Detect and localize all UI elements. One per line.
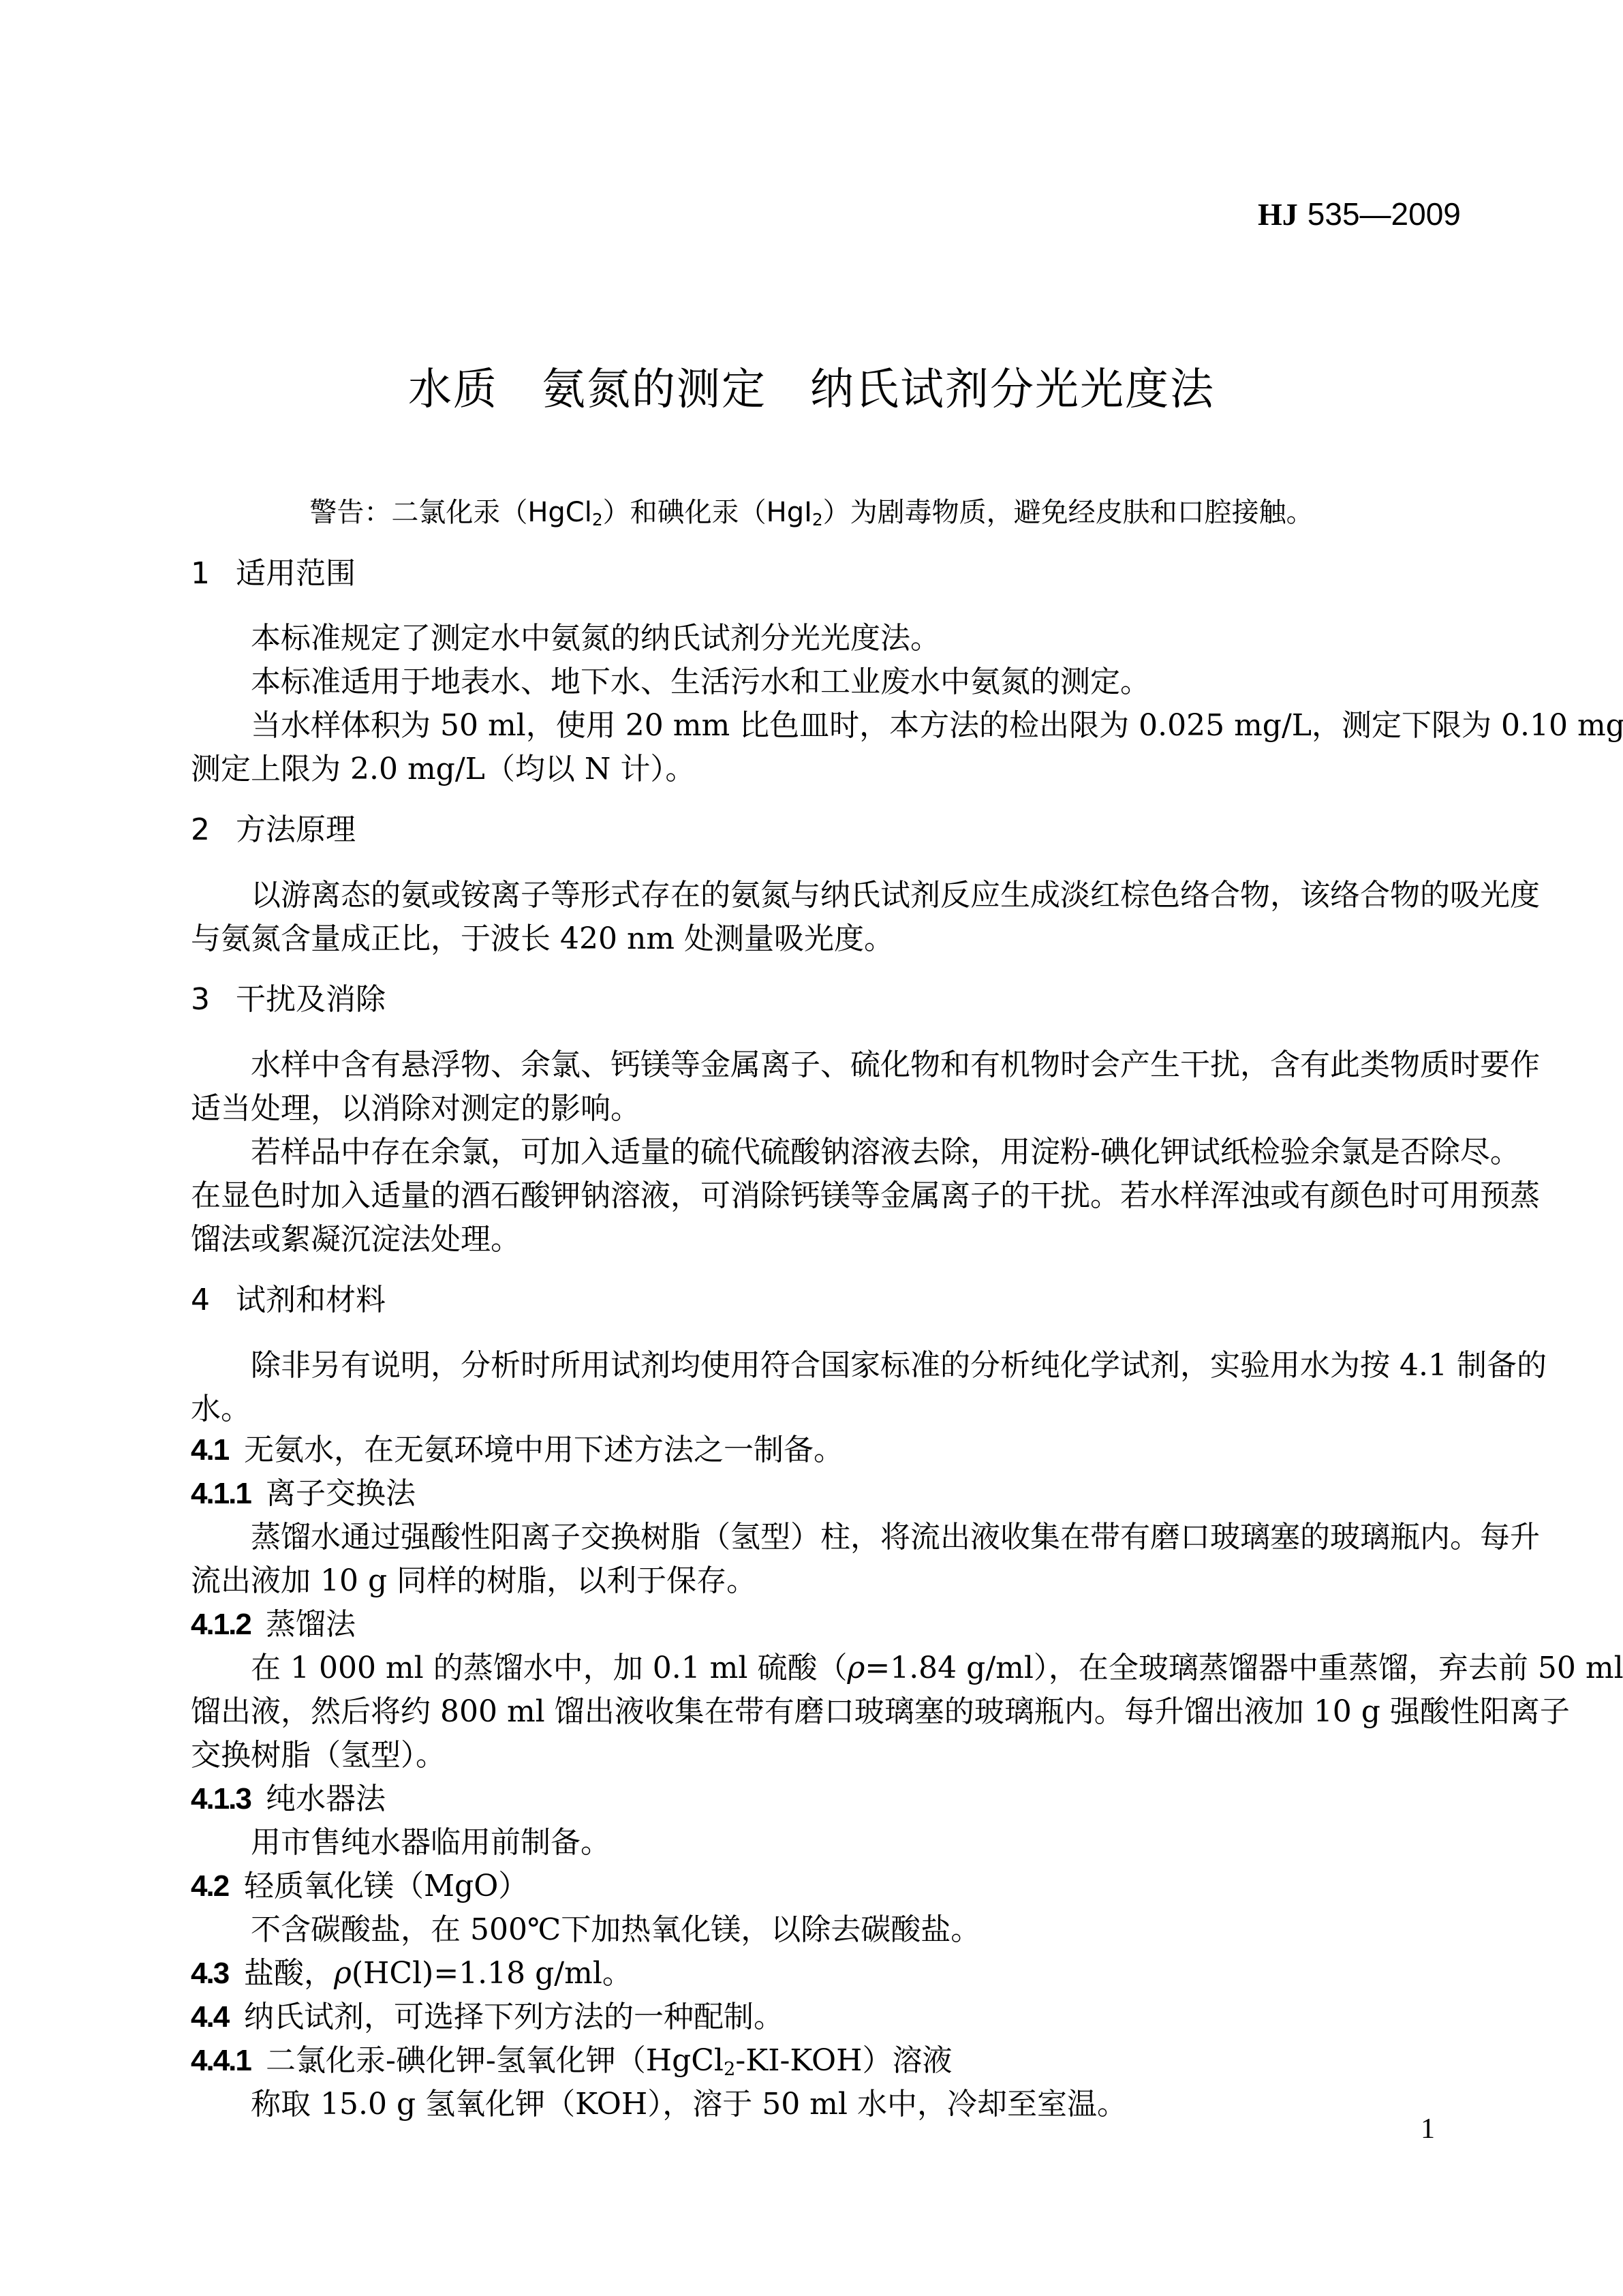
text-run: =1.84 g/ml），在全玻璃蒸馏器中重蒸馏，弃去前 50 ml	[865, 1651, 1623, 1685]
section-heading-2: 2方法原理	[191, 815, 356, 845]
section-title: 适用范围	[236, 556, 356, 591]
paragraph-line: 除非另有说明，分析时所用试剂均使用符合国家标准的分析纯化学试剂，实验用水为按 4…	[251, 1351, 1455, 1381]
paragraph-line: 交换树脂（氢型）。	[191, 1741, 446, 1771]
paragraph-line: 本标准适用于地表水、地下水、生活污水和工业废水中氨氮的测定。	[251, 667, 1150, 697]
subsection-number: 4.2	[191, 1871, 244, 1901]
section-number: 2	[191, 815, 236, 845]
title-part-2: 氨氮的测定	[542, 365, 767, 415]
paragraph-line: 馏出液，然后将约 800 ml 馏出液收集在带有磨口玻璃塞的玻璃瓶内。每升馏出液…	[191, 1697, 1455, 1727]
standard-number: 535—2009	[1308, 196, 1461, 232]
title-part-3: 纳氏试剂分光光度法	[810, 365, 1215, 415]
subsection-number: 4.3	[191, 1959, 244, 1989]
title-part-1: 水质	[408, 365, 498, 415]
paragraph-line: 适当处理，以消除对测定的影响。	[191, 1094, 640, 1124]
paragraph-line: 在 1 000 ml 的蒸馏水中，加 0.1 ml 硫酸（ρ=1.84 g/ml…	[251, 1653, 1455, 1683]
subsection-text: -KI-KOH）溶液	[735, 2043, 952, 2078]
paragraph-line: 当水样体积为 50 ml，使用 20 mm 比色皿时，本方法的检出限为 0.02…	[251, 711, 1455, 741]
paragraph-line: 流出液加 10 g 同样的树脂，以利于保存。	[191, 1566, 756, 1596]
section-title: 方法原理	[236, 812, 356, 847]
rho-symbol: ρ	[847, 1651, 865, 1685]
section-title: 干扰及消除	[236, 982, 386, 1017]
subsection-text: 无氨水，在无氨环境中用下述方法之一制备。	[244, 1433, 844, 1467]
paragraph-line: 不含碳酸盐，在 500℃下加热氧化镁，以除去碳酸盐。	[251, 1915, 980, 1945]
subsection-4-1: 4.1无氨水，在无氨环境中用下述方法之一制备。	[191, 1435, 844, 1465]
subsection-text: 离子交换法	[266, 1476, 416, 1511]
section-heading-1: 1适用范围	[191, 559, 356, 589]
subsection-number: 4.1.3	[191, 1784, 266, 1814]
document-page: HJ 535—2009 水质氨氮的测定纳氏试剂分光光度法 警告：二氯化汞（HgC…	[0, 0, 1623, 2296]
paragraph-line: 以游离态的氨或铵离子等形式存在的氨氮与纳氏试剂反应生成淡红棕色络合物，该络合物的…	[251, 881, 1455, 910]
paragraph-line: 在显色时加入适量的酒石酸钾钠溶液，可消除钙镁等金属离子的干扰。若水样浑浊或有颜色…	[191, 1181, 1455, 1211]
subsection-4-4: 4.4纳氏试剂，可选择下列方法的一种配制。	[191, 2002, 784, 2032]
subsection-4-4-1: 4.4.1二氯化汞-碘化钾-氢氧化钾（HgCl2-KI-KOH）溶液	[191, 2046, 953, 2076]
subsection-text: (HCl)=1.18 g/ml。	[352, 1956, 632, 1991]
subsection-4-2: 4.2轻质氧化镁（MgO）	[191, 1871, 528, 1901]
document-title: 水质氨氮的测定纳氏试剂分光光度法	[0, 354, 1623, 417]
subsection-text: 蒸馏法	[266, 1607, 356, 1642]
section-heading-3: 3干扰及消除	[191, 985, 386, 1015]
page-number: 1	[1421, 2113, 1435, 2145]
warning-text-a: 警告：二氯化汞（HgCl	[309, 497, 592, 528]
subsection-text: 纯水器法	[266, 1781, 386, 1816]
subsection-number: 4.4.1	[191, 2046, 266, 2076]
subsection-number: 4.1	[191, 1435, 244, 1465]
subsection-number: 4.4	[191, 2002, 244, 2032]
paragraph-line: 本标准规定了测定水中氨氮的纳氏试剂分光光度法。	[251, 624, 940, 654]
paragraph-line: 水样中含有悬浮物、余氯、钙镁等金属离子、硫化物和有机物时会产生干扰，含有此类物质…	[251, 1050, 1455, 1080]
subsection-4-1-1: 4.1.1离子交换法	[191, 1479, 416, 1509]
warning-text-b: ）和碘化汞（HgI	[603, 497, 812, 528]
subscript: 2	[812, 510, 823, 530]
text-run: 在 1 000 ml 的蒸馏水中，加 0.1 ml 硫酸（	[251, 1651, 847, 1685]
subsection-number: 4.1.2	[191, 1610, 266, 1640]
subsection-4-1-3: 4.1.3纯水器法	[191, 1784, 386, 1814]
standard-prefix: HJ	[1258, 197, 1298, 232]
subsection-text: 纳氏试剂，可选择下列方法的一种配制。	[244, 2000, 784, 2034]
subsection-number: 4.1.1	[191, 1479, 266, 1509]
subscript: 2	[724, 2059, 735, 2080]
subsection-text: 二氯化汞-碘化钾-氢氧化钾（HgCl	[266, 2043, 724, 2078]
section-number: 1	[191, 559, 236, 589]
paragraph-line: 与氨氮含量成正比，于波长 420 nm 处测量吸光度。	[191, 924, 894, 954]
subsection-text: 盐酸，	[244, 1956, 334, 1991]
subsection-4-3: 4.3盐酸，ρ(HCl)=1.18 g/ml。	[191, 1959, 632, 1989]
rho-symbol: ρ	[334, 1956, 352, 1991]
paragraph-line: 水。	[191, 1394, 251, 1424]
warning-notice: 警告：二氯化汞（HgCl2）和碘化汞（HgI2）为剧毒物质，避免经皮肤和口腔接触…	[0, 491, 1623, 530]
paragraph-line: 蒸馏水通过强酸性阳离子交换树脂（氢型）柱，将流出液收集在带有磨口玻璃塞的玻璃瓶内…	[251, 1522, 1455, 1552]
paragraph-line: 测定上限为 2.0 mg/L（均以 N 计）。	[191, 754, 695, 784]
subsection-4-1-2: 4.1.2蒸馏法	[191, 1610, 356, 1640]
section-heading-4: 4试剂和材料	[191, 1285, 386, 1315]
subsection-text: 轻质氧化镁（MgO）	[244, 1869, 528, 1903]
paragraph-line: 馏法或絮凝沉淀法处理。	[191, 1225, 521, 1255]
section-number: 3	[191, 985, 236, 1015]
subscript: 2	[592, 510, 603, 530]
section-title: 试剂和材料	[236, 1283, 386, 1317]
standard-code: HJ 535—2009	[1258, 196, 1461, 232]
warning-text-c: ）为剧毒物质，避免经皮肤和口腔接触。	[823, 497, 1314, 528]
paragraph-line: 称取 15.0 g 氢氧化钾（KOH），溶于 50 ml 水中，冷却至室温。	[251, 2090, 1127, 2119]
section-number: 4	[191, 1285, 236, 1315]
paragraph-line: 若样品中存在余氯，可加入适量的硫代硫酸钠溶液去除，用淀粉-碘化钾试纸检验余氯是否…	[251, 1137, 1455, 1167]
paragraph-line: 用市售纯水器临用前制备。	[251, 1828, 610, 1858]
